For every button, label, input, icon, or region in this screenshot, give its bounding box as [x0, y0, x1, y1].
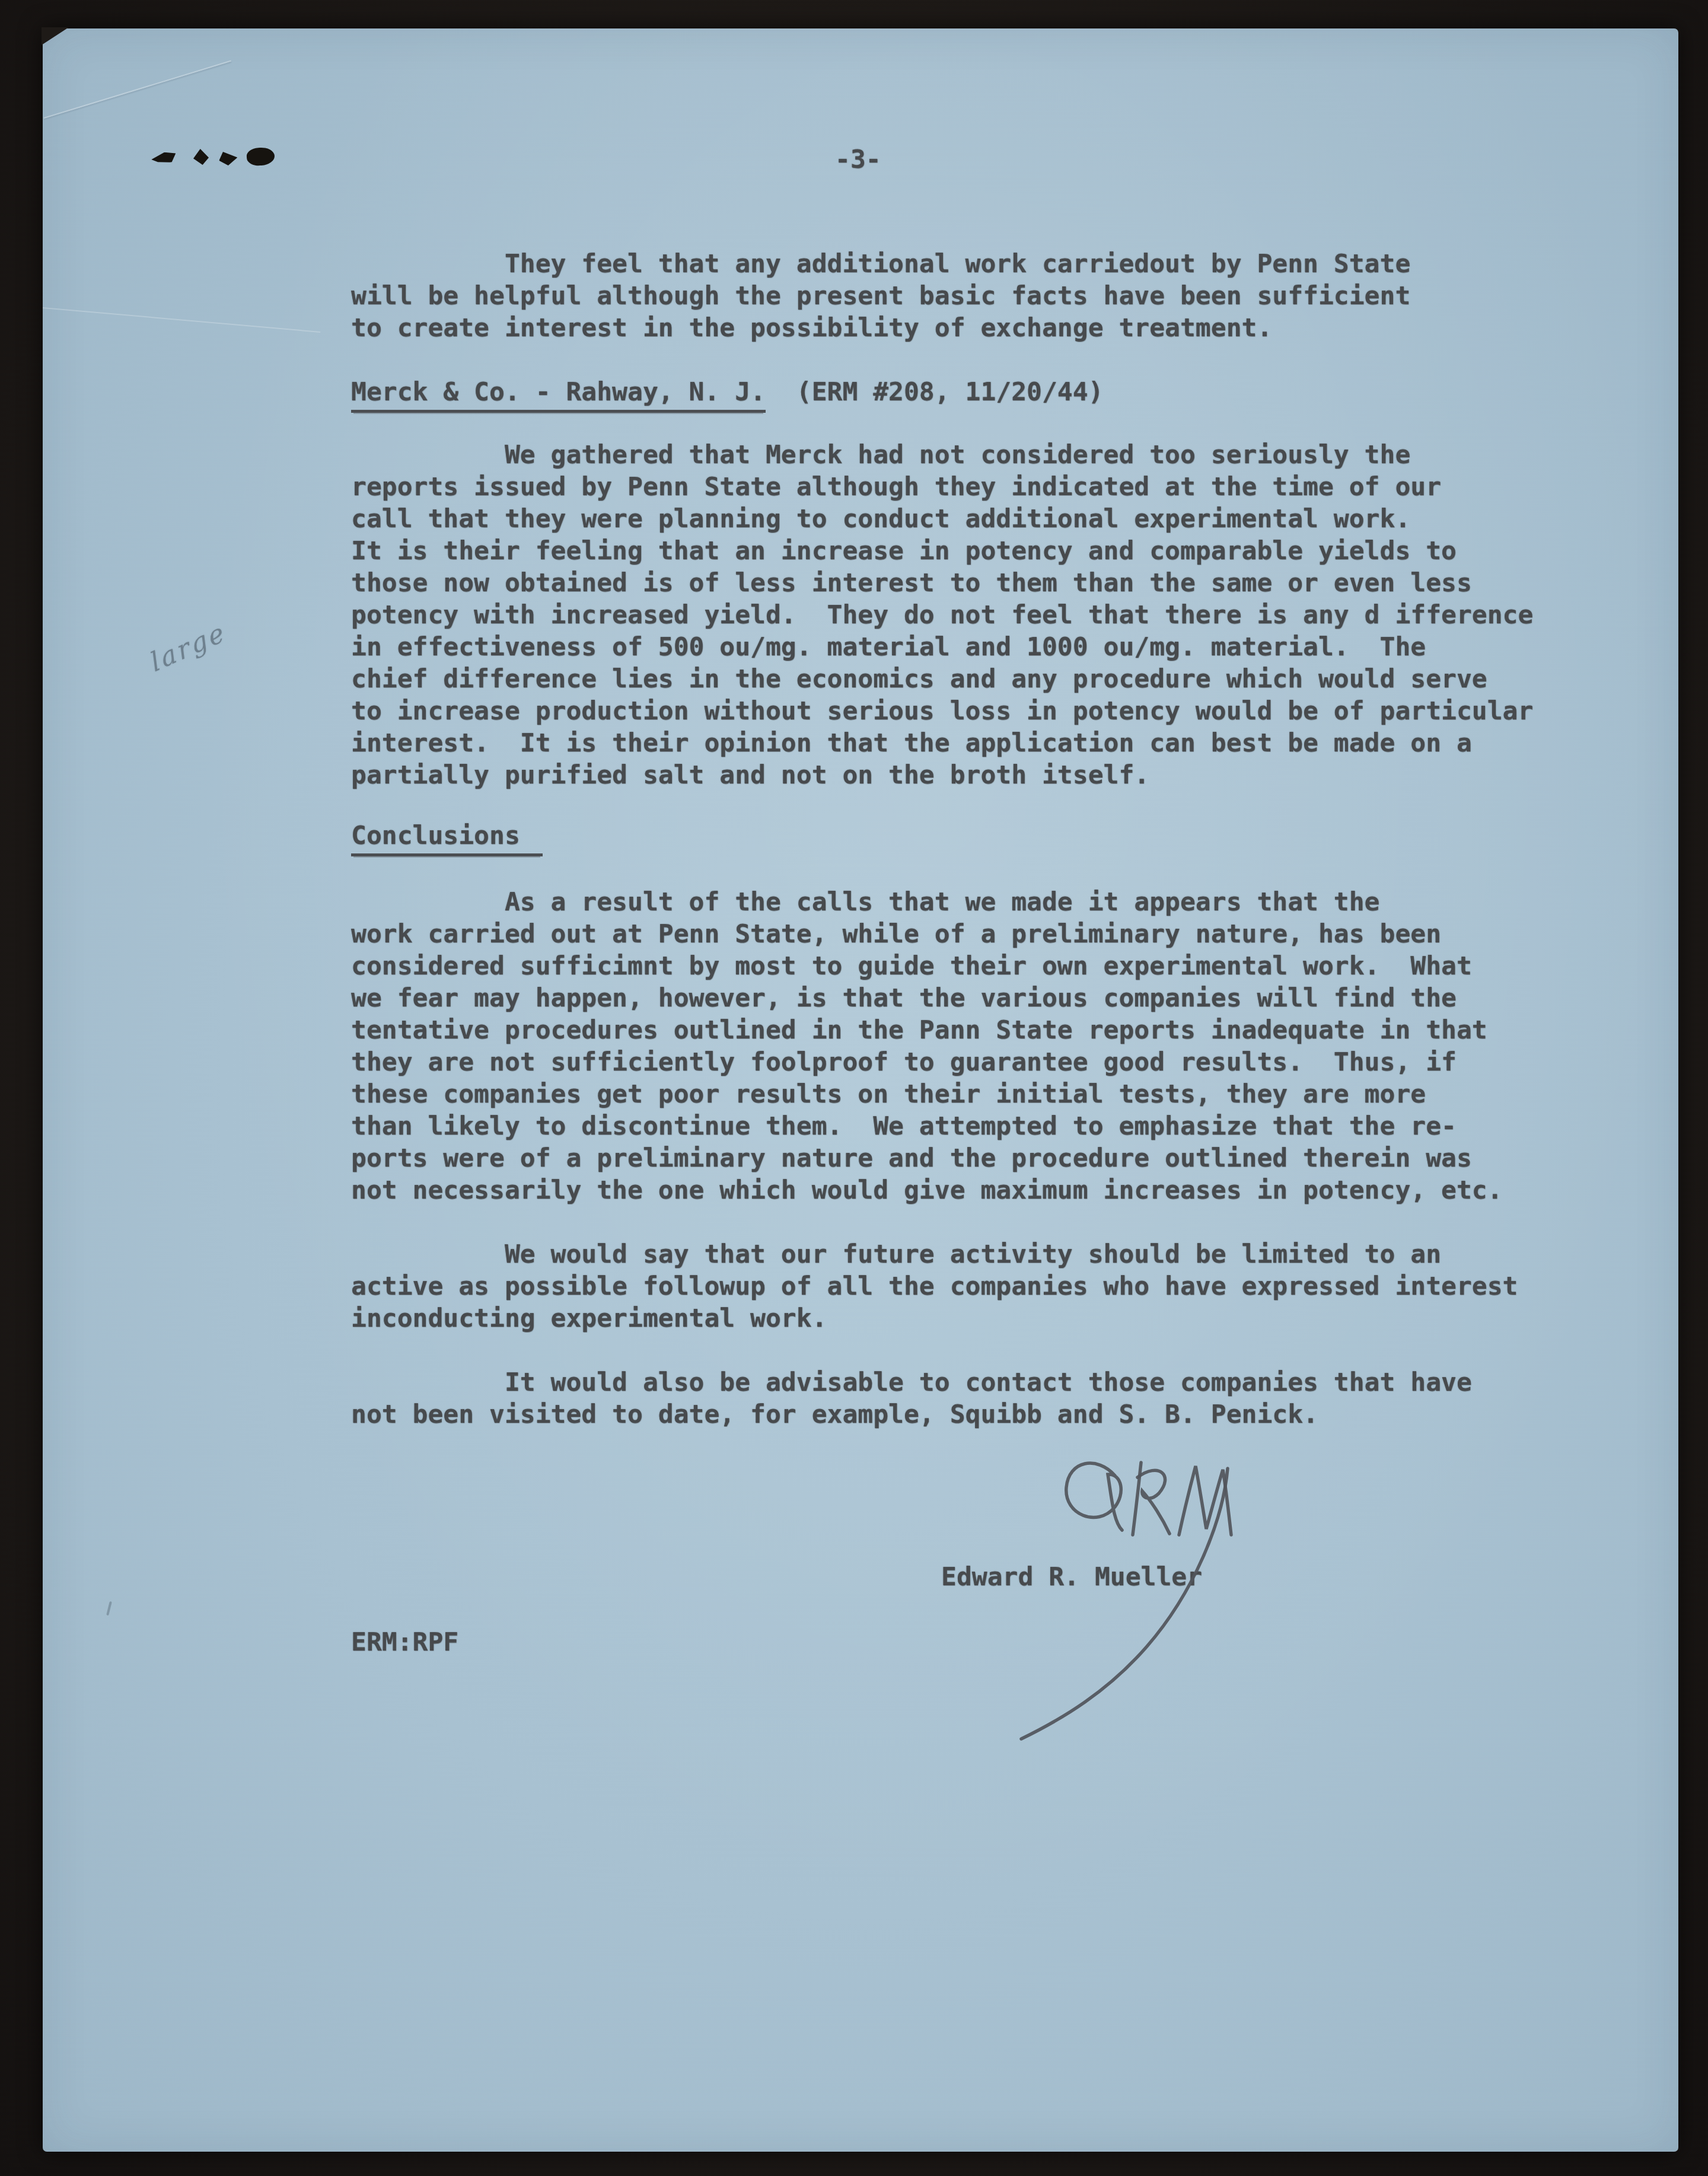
- followup-paragraph: We would say that our future activity sh…: [351, 1238, 1518, 1334]
- merck-heading-underlined-text: Merck & Co. - Rahway, N. J.: [351, 376, 766, 413]
- conclusions-paragraph: As a result of the calls that we made it…: [351, 886, 1503, 1206]
- handwritten-signature-erm: [992, 1445, 1264, 1747]
- pencil-margin-note: large: [147, 617, 230, 678]
- staple-ink-mark: [218, 150, 238, 167]
- paper-crease: [43, 307, 320, 333]
- signature-stroke: [1066, 1463, 1122, 1530]
- signature-tail-stroke: [1021, 1468, 1228, 1739]
- staple-ink-mark: [246, 146, 275, 166]
- scan-background: { "page": { "number_label": "-3-", "pape…: [0, 0, 1708, 2176]
- merck-section-heading: Merck & Co. - Rahway, N. J. (ERM #208, 1…: [351, 376, 1104, 413]
- pencil-tick-mark: [106, 1601, 112, 1616]
- page-number: -3-: [835, 144, 881, 176]
- signature-stroke: [1133, 1463, 1141, 1535]
- letter-page: -3- They feel that any additional work c…: [43, 28, 1678, 2152]
- staple-ink-mark: [193, 149, 209, 165]
- merck-paragraph: We gathered that Merck had not considere…: [351, 439, 1533, 791]
- staple-ink-mark: [151, 151, 177, 164]
- paper-crease: [44, 60, 231, 119]
- signature-stroke: [1137, 1470, 1170, 1534]
- intro-paragraph: They feel that any additional work carri…: [351, 248, 1410, 344]
- conclusions-heading-text: Conclusions: [351, 820, 543, 856]
- contact-paragraph: It would also be advisable to contact th…: [351, 1366, 1472, 1431]
- merck-heading-reference: (ERM #208, 11/20/44): [766, 377, 1104, 407]
- reference-initials: ERM:RPF: [351, 1626, 458, 1658]
- conclusions-heading: Conclusions: [351, 820, 543, 856]
- page-corner-fold: [42, 27, 69, 45]
